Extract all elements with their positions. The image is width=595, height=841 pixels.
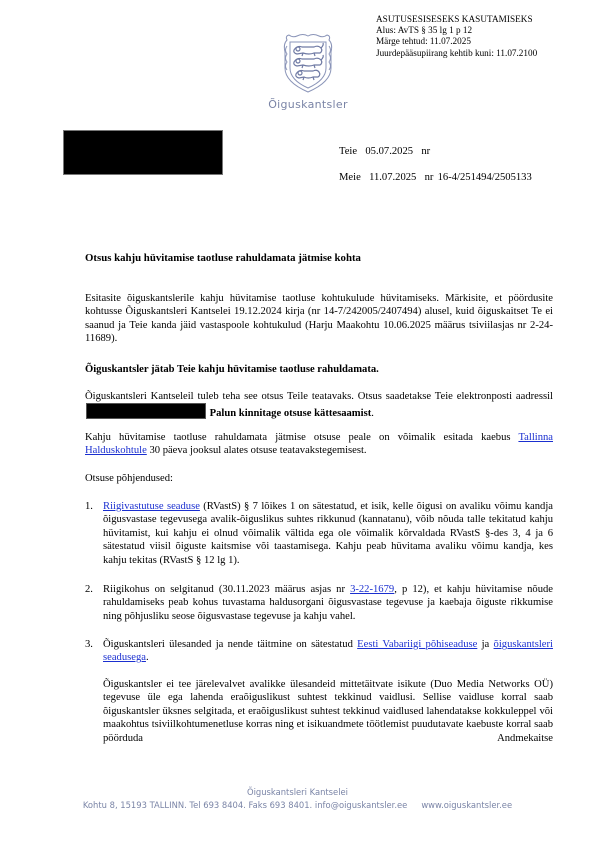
notice-confirm-request: Palun kinnitage otsuse kättesaamist	[210, 408, 372, 419]
reason-period: .	[146, 652, 149, 663]
case-3-22-1679-link[interactable]: 3-22-1679	[350, 584, 394, 595]
access-restriction-stamp: ASUTUSESISESEKS KASUTAMISEKS Alus: AvTS …	[376, 14, 537, 59]
restriction-marked-date: Märge tehtud: 11.07.2025	[376, 36, 537, 47]
document-title: Otsus kahju hüvitamise taotluse rahuldam…	[85, 252, 361, 264]
redacted-recipient-address	[63, 130, 223, 175]
restriction-basis: Alus: AvTS § 35 lg 1 p 12	[376, 25, 537, 36]
redacted-email	[86, 403, 206, 419]
constitution-link[interactable]: Eesti Vabariigi põhiseaduse	[357, 639, 477, 650]
footer-address: Kohtu 8, 15193 TALLINN. Tel 693 8404. Fa…	[83, 800, 407, 810]
reason-number: 1.	[85, 500, 93, 513]
footer-website[interactable]: www.oiguskantsler.ee	[421, 800, 512, 810]
restriction-valid-until: Juurdepääsupiirang kehtib kuni: 11.07.21…	[376, 48, 537, 59]
reason-text: Õiguskantsleri ülesanded ja nende täitmi…	[103, 639, 357, 650]
logo-text: Õiguskantsler	[250, 98, 366, 111]
our-reference: Meie 11.07.2025 nr 16-4/251494/2505133	[339, 172, 532, 183]
your-reference: Teie 05.07.2025 nr	[339, 146, 430, 157]
reason-number: 3.	[85, 638, 93, 651]
decision-statement: Õiguskantsler jätab Teie kahju hüvitamis…	[85, 363, 553, 376]
notice-text: Õiguskantsleri Kantseleil tuleb teha see…	[85, 391, 553, 402]
intro-paragraph: Esitasite õiguskantslerile kahju hüvitam…	[85, 292, 553, 346]
restriction-heading: ASUTUSESISESEKS KASUTAMISEKS	[376, 14, 537, 25]
reason-3-continuation: Õiguskantsler ei tee järelevalvet avalik…	[103, 678, 553, 745]
appeal-paragraph: Kahju hüvitamise taotluse rahuldamata jä…	[85, 431, 553, 458]
notice-period: .	[371, 408, 374, 419]
reason-item: 3. Õiguskantsleri ülesanded ja nende täi…	[85, 638, 553, 665]
state-liability-act-link[interactable]: Riigivastutuse seaduse	[103, 501, 200, 512]
notice-paragraph: Õiguskantsleri Kantseleil tuleb teha see…	[85, 390, 553, 421]
footer-organization: Õiguskantsleri Kantselei	[0, 787, 595, 797]
reason-text: Riigikohus on selgitanud (30.11.2023 mää…	[103, 584, 350, 595]
reason-item: 1. Riigivastutuse seaduse (RVastS) § 7 l…	[85, 500, 553, 567]
reason-number: 2.	[85, 583, 93, 596]
appeal-text-end: 30 päeva jooksul alates otsuse teatavaks…	[147, 445, 367, 456]
reason-conjunction: ja	[477, 639, 493, 650]
footer-contacts: Kohtu 8, 15193 TALLINN. Tel 693 8404. Fa…	[0, 800, 595, 810]
reasons-heading: Otsuse põhjendused:	[85, 472, 553, 485]
reason-item: 2. Riigikohus on selgitanud (30.11.2023 …	[85, 583, 553, 623]
appeal-text: Kahju hüvitamise taotluse rahuldamata jä…	[85, 432, 518, 443]
coat-of-arms-icon	[281, 32, 335, 94]
